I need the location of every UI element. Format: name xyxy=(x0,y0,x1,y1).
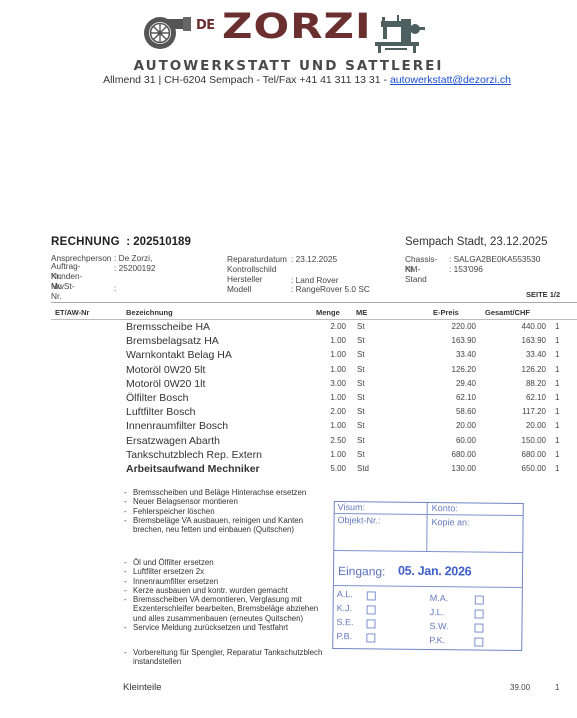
stamp-eingang-label: Eingang: xyxy=(338,564,386,578)
stamp-initial: P.K. xyxy=(429,635,445,645)
stamp-checkbox[interactable] xyxy=(366,633,375,642)
meta-value: : 25200192 xyxy=(114,263,156,273)
table-row: Luftfilter Bosch2.00St58.60117.201 xyxy=(0,407,577,421)
item-unit: St xyxy=(357,407,365,416)
item-unit-price: 20.00 xyxy=(420,421,476,430)
item-unit-price: 680.00 xyxy=(420,450,476,459)
item-flag: 1 xyxy=(555,365,559,374)
meta-label: Hersteller xyxy=(227,274,263,284)
item-quantity: 2.50 xyxy=(316,436,346,445)
item-total: 163.90 xyxy=(500,336,546,345)
stamp-checkbox[interactable] xyxy=(475,609,484,618)
table-row: Arbeitsaufwand Mechniker5.00Std130.00650… xyxy=(0,464,577,478)
stamp-konto: Konto: xyxy=(432,503,458,513)
note-item: Öl und Ölfilter ersetzen xyxy=(124,558,324,567)
table-row: Bremsscheibe HA2.00St220.00440.001 xyxy=(0,322,577,336)
table-row: Ersatzwagen Abarth2.50St60.00150.001 xyxy=(0,436,577,450)
table-row: Motoröl 0W20 1lt3.00St29.4088.201 xyxy=(0,379,577,393)
stamp-checkbox[interactable] xyxy=(367,591,376,600)
item-description: Arbeitsaufwand Mechniker xyxy=(126,463,260,475)
note-item: Luftfilter ersetzen 2x xyxy=(124,567,324,576)
item-total: 62.10 xyxy=(500,393,546,402)
item-total: 88.20 xyxy=(500,379,546,388)
item-unit: Std xyxy=(357,464,369,473)
sewing-machine-icon xyxy=(375,15,427,58)
stamp-checkbox[interactable] xyxy=(366,619,375,628)
small-parts-flag: 1 xyxy=(555,683,559,692)
invoice-title: RECHNUNG : 202510189 xyxy=(51,236,191,248)
item-unit-price: 130.00 xyxy=(420,464,476,473)
item-unit-price: 29.40 xyxy=(420,379,476,388)
note-item: Kerze ausbauen und kontr. wurden gemacht xyxy=(124,586,324,595)
item-unit-price: 58.60 xyxy=(420,407,476,416)
item-unit: St xyxy=(357,365,365,374)
item-description: Ersatzwagen Abarth xyxy=(126,435,220,447)
item-unit-price: 62.10 xyxy=(420,393,476,402)
note-item: Bremsscheiben VA demontieren, Verglasung… xyxy=(124,595,324,623)
item-unit-price: 220.00 xyxy=(420,322,476,331)
item-unit-price: 60.00 xyxy=(420,436,476,445)
table-row: Ölfilter Bosch1.00St62.1062.101 xyxy=(0,393,577,407)
note-item: Bremsbeläge VA ausbauen, reinigen und Ka… xyxy=(124,516,324,535)
address-text: Allmend 31 | CH-6204 Sempach - Tel/Fax +… xyxy=(103,74,390,86)
item-quantity: 1.00 xyxy=(316,450,346,459)
item-flag: 1 xyxy=(555,436,559,445)
item-description: Ölfilter Bosch xyxy=(126,392,188,404)
item-flag: 1 xyxy=(555,350,559,359)
item-unit: St xyxy=(357,379,365,388)
stamp-checkbox[interactable] xyxy=(474,637,483,646)
company-subtitle: AUTOWERKSTATT UND SATTLEREI xyxy=(0,58,577,74)
item-quantity: 1.00 xyxy=(316,336,346,345)
item-flag: 1 xyxy=(555,393,559,402)
note-item: Service Meldung zurücksetzen und Testfah… xyxy=(124,623,324,632)
stamp-objekt: Objekt-Nr.: xyxy=(338,515,381,525)
item-unit: St xyxy=(357,450,365,459)
item-total: 126.20 xyxy=(500,365,546,374)
table-row: Innenraumfilter Bosch1.00St20.0020.001 xyxy=(0,421,577,435)
item-unit-price: 33.40 xyxy=(420,350,476,359)
stamp-checkbox[interactable] xyxy=(475,595,484,604)
item-unit: St xyxy=(357,421,365,430)
item-total: 440.00 xyxy=(500,322,546,331)
item-description: Bremsbelagsatz HA xyxy=(126,335,219,347)
stamp-visum: Visum: xyxy=(338,502,365,512)
note-item: Innenraumfilter ersetzen xyxy=(124,577,324,586)
stamp-initial: K.J. xyxy=(337,603,353,613)
header-quantity: Menge xyxy=(316,308,340,317)
item-description: Warnkontakt Belag HA xyxy=(126,349,232,361)
item-unit-price: 126.20 xyxy=(420,365,476,374)
note-item: Bremsscheiben und Beläge Hinterachse ers… xyxy=(124,488,324,497)
item-unit: St xyxy=(357,322,365,331)
table-row: Tankschutzblech Rep. Extern1.00St680.006… xyxy=(0,450,577,464)
table-header-rule xyxy=(51,319,577,320)
meta-label: MwSt-Nr. xyxy=(51,281,75,301)
item-quantity: 1.00 xyxy=(316,365,346,374)
stamp-initial: S.E. xyxy=(336,617,353,627)
stamp-initial: P.B. xyxy=(336,631,352,641)
item-flag: 1 xyxy=(555,450,559,459)
meta-label: Kontrollschild xyxy=(227,264,276,274)
item-quantity: 2.00 xyxy=(316,407,346,416)
stamp-eingang-date: 05. Jan. 2026 xyxy=(398,564,471,579)
item-total: 117.20 xyxy=(500,407,546,416)
receipt-stamp: Visum: Konto: Objekt-Nr.: Kopie an: Eing… xyxy=(332,501,524,651)
item-unit-price: 163.90 xyxy=(420,336,476,345)
table-top-rule xyxy=(51,302,577,303)
table-row: Bremsbelagsatz HA1.00St163.90163.901 xyxy=(0,336,577,350)
page-indicator: SEITE 1/2 xyxy=(526,290,560,299)
note-item: Neuer Belagsensor montieren xyxy=(124,497,324,506)
meta-value: : 23.12.2025 xyxy=(291,254,337,264)
stamp-initial: A.L. xyxy=(337,589,353,599)
note-item: Fehlerspeicher löschen xyxy=(124,507,324,516)
item-flag: 1 xyxy=(555,336,559,345)
item-quantity: 3.00 xyxy=(316,379,346,388)
turbo-icon xyxy=(143,16,193,55)
header-description: Bezeichnung xyxy=(126,308,173,317)
meta-value: : RangeRover 5.0 SC xyxy=(291,284,370,294)
header-unit: ME xyxy=(356,308,367,317)
meta-label: KM-Stand xyxy=(405,264,427,284)
item-description: Motoröl 0W20 5lt xyxy=(126,364,205,376)
work-notes-body: Vorbereitung für Spengler, Reparatur Tan… xyxy=(124,648,324,667)
item-quantity: 5.00 xyxy=(316,464,346,473)
item-unit: St xyxy=(357,436,365,445)
meta-value: : 153'096 xyxy=(449,264,483,274)
email-link[interactable]: autowerkstatt@dezorzi.ch xyxy=(390,74,511,86)
invoice-number: : 202510189 xyxy=(126,236,191,248)
item-quantity: 2.00 xyxy=(316,322,346,331)
item-total: 20.00 xyxy=(500,421,546,430)
item-description: Tankschutzblech Rep. Extern xyxy=(126,449,262,461)
meta-value: : xyxy=(114,283,116,293)
item-flag: 1 xyxy=(555,464,559,473)
item-flag: 1 xyxy=(555,322,559,331)
item-total: 33.40 xyxy=(500,350,546,359)
item-quantity: 1.00 xyxy=(316,393,346,402)
meta-value: : SALGA2BE0KA553530 xyxy=(449,254,540,264)
note-item: Vorbereitung für Spengler, Reparatur Tan… xyxy=(124,648,324,667)
header-article: ET/AW-Nr xyxy=(55,308,89,317)
item-total: 650.00 xyxy=(500,464,546,473)
item-total: 680.00 xyxy=(500,450,546,459)
item-quantity: 1.00 xyxy=(316,421,346,430)
small-parts-label: Kleinteile xyxy=(123,682,162,693)
item-description: Bremsscheibe HA xyxy=(126,321,210,333)
table-row: Motoröl 0W20 5lt1.00St126.20126.201 xyxy=(0,365,577,379)
item-description: Motoröl 0W20 1lt xyxy=(126,378,205,390)
stamp-kopie: Kopie an: xyxy=(432,517,470,527)
header-unit-price: E-Preis xyxy=(433,308,459,317)
meta-label: Modell xyxy=(227,284,251,294)
company-address: Allmend 31 | CH-6204 Sempach - Tel/Fax +… xyxy=(0,74,577,86)
work-notes-brakes: Bremsscheiben und Beläge Hinterachse ers… xyxy=(124,488,324,534)
item-unit: St xyxy=(357,350,365,359)
item-flag: 1 xyxy=(555,421,559,430)
item-total: 150.00 xyxy=(500,436,546,445)
invoice-label: RECHNUNG xyxy=(51,236,120,248)
item-description: Innenraumfilter Bosch xyxy=(126,420,228,432)
place-date: Sempach Stadt, 23.12.2025 xyxy=(405,236,548,248)
stamp-initial: J.L. xyxy=(430,607,445,617)
item-flag: 1 xyxy=(555,379,559,388)
stamp-initial: S.W. xyxy=(429,621,448,631)
meta-label: Reparaturdatum xyxy=(227,254,287,264)
small-parts-total: 39.00 xyxy=(510,683,530,692)
work-notes-service: Öl und Ölfilter ersetzenLuftfilter erset… xyxy=(124,558,324,632)
meta-value: : De Zorzi, xyxy=(114,253,152,263)
brand-prefix: DE xyxy=(196,18,215,33)
stamp-checkbox[interactable] xyxy=(367,605,376,614)
header-total: Gesamt/CHF xyxy=(485,308,530,317)
item-unit: St xyxy=(357,393,365,402)
brand-name: ZORZI xyxy=(222,7,372,46)
item-quantity: 1.00 xyxy=(316,350,346,359)
item-flag: 1 xyxy=(555,407,559,416)
item-unit: St xyxy=(357,336,365,345)
table-row: Warnkontakt Belag HA1.00St33.4033.401 xyxy=(0,350,577,364)
stamp-checkbox[interactable] xyxy=(474,623,483,632)
stamp-initial: M.A. xyxy=(430,593,449,603)
item-description: Luftfilter Bosch xyxy=(126,406,195,418)
